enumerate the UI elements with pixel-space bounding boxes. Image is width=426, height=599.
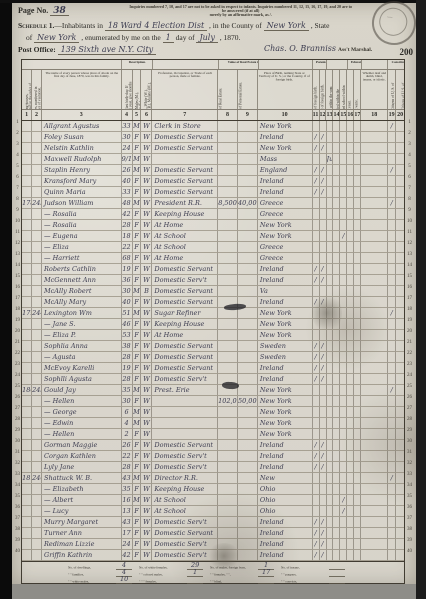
line-number-right: 15	[405, 271, 414, 282]
cell-color: W	[141, 473, 152, 484]
cell-citizen-denied-tick	[396, 275, 404, 286]
table-row: Corgan Kathlen22FWDomestic Serv'tIreland…	[22, 451, 404, 462]
cell-occupation: Keeping House	[152, 319, 218, 330]
cell-color: W	[141, 242, 152, 253]
line-number-left: 29	[14, 425, 21, 436]
cell-real-estate-value	[218, 231, 238, 242]
cell-cannot-write-tick	[354, 528, 361, 539]
line2-dayof-text: day of	[176, 33, 195, 42]
cell-birth-month	[327, 385, 334, 396]
cell-occupation: Domestic Serv't	[152, 539, 218, 550]
cell-marriage-month	[333, 506, 340, 517]
cell-father-foreign-tick: /	[313, 341, 320, 352]
column-number: 8	[218, 110, 238, 120]
cell-name: — Edwin	[42, 418, 122, 429]
cell-age: 28	[122, 220, 133, 231]
cell-mother-foreign-tick	[320, 407, 327, 418]
cell-marriage-month	[333, 385, 340, 396]
schedule-post-text: , State	[311, 21, 330, 30]
cell-citizen-tick	[388, 297, 396, 308]
line-number-right: 33	[405, 469, 414, 480]
schedule-line-1: Schedule 1.—Inhabitants in 18 Ward 4 Ele…	[18, 21, 329, 31]
cell-birthplace: Va	[258, 286, 313, 297]
cell-disabilities	[361, 550, 388, 561]
cell-mother-foreign-tick	[320, 396, 327, 407]
cell-personal-estate-value	[238, 143, 258, 154]
cell-birthplace: Ireland	[258, 462, 313, 473]
table-row: Quinn Maria33FWDomestic ServantIreland//	[22, 187, 404, 198]
line-number-right: 29	[405, 425, 414, 436]
header-occupation: Profession, Occupation, or Trade of each…	[152, 70, 218, 109]
cell-cannot-write-tick	[354, 187, 361, 198]
cell-color: W	[141, 352, 152, 363]
cell-birth-month	[327, 121, 334, 132]
header-born-month: If born within the year, state month (Ja…	[326, 70, 333, 109]
cell-birth-month	[327, 253, 334, 264]
cell-disabilities	[361, 154, 388, 165]
cell-disabilities	[361, 539, 388, 550]
cell-name: Murry Margaret	[42, 517, 122, 528]
cell-age: 35	[122, 484, 133, 495]
marshal-label: Ass't Marshal.	[338, 47, 372, 53]
line-number-left: 34	[14, 480, 21, 491]
line-number-left: 37	[14, 513, 21, 524]
cell-occupation: Director R.R.	[152, 473, 218, 484]
cell-marriage-month	[333, 550, 340, 561]
cell-cannot-read-tick	[347, 220, 354, 231]
cell-citizen-denied-tick	[396, 407, 404, 418]
cell-school-tick	[340, 220, 347, 231]
cell-family-number	[32, 517, 42, 528]
cell-birth-month	[327, 187, 334, 198]
cell-dwelling-number	[22, 154, 32, 165]
cell-cannot-read-tick	[347, 319, 354, 330]
ink-smudge	[222, 382, 239, 390]
cell-dwelling-number	[22, 121, 32, 132]
line-number-right: 7	[405, 183, 414, 194]
cell-dwelling-number	[22, 407, 32, 418]
cell-marriage-month	[333, 176, 340, 187]
line-number-right: 39	[405, 535, 414, 546]
form-header: Page No. 38 Inquiries numbered 7, 10, an…	[12, 3, 416, 57]
cell-disabilities	[361, 418, 388, 429]
cell-birthplace: Ireland	[258, 550, 313, 561]
cell-real-estate-value	[218, 418, 238, 429]
cell-citizen-denied-tick	[396, 517, 404, 528]
cell-marriage-month	[333, 242, 340, 253]
cell-school-tick	[340, 264, 347, 275]
post-office-label: Post Office:	[18, 45, 56, 54]
table-row: — Rosalia28FWAt HomeNew York	[22, 220, 404, 231]
line-number-left: 27	[14, 403, 21, 414]
cell-personal-estate-value	[238, 319, 258, 330]
instructions-line-2: merely by an affirmative mark, as /.	[128, 13, 353, 17]
cell-birthplace: New York	[258, 418, 313, 429]
cell-dwelling-number	[22, 165, 32, 176]
line-number-left: 1	[14, 117, 21, 128]
cell-personal-estate-value	[238, 264, 258, 275]
cell-cannot-write-tick	[354, 176, 361, 187]
cell-occupation: Domestic Serv't	[152, 275, 218, 286]
line-number-right: 11	[405, 227, 414, 238]
line-number-right: 19	[405, 315, 414, 326]
cell-disabilities	[361, 253, 388, 264]
cell-color: W	[141, 165, 152, 176]
cell-cannot-write-tick	[354, 154, 361, 165]
cell-marriage-month	[333, 220, 340, 231]
cell-cannot-read-tick	[347, 396, 354, 407]
cell-age: 19	[122, 264, 133, 275]
cell-school-tick: /	[340, 506, 347, 517]
cell-birthplace: New York	[258, 407, 313, 418]
cell-personal-estate-value	[238, 231, 258, 242]
cell-dwelling-number	[22, 253, 32, 264]
tally-label: " " females, " ",	[210, 573, 236, 577]
line-number-right: 36	[405, 502, 414, 513]
cell-sex: F	[133, 528, 142, 539]
cell-age: 42	[122, 209, 133, 220]
cell-sex: F	[133, 330, 142, 341]
line-number-left: 26	[14, 392, 21, 403]
cell-family-number	[32, 341, 42, 352]
cell-age: 30	[122, 396, 133, 407]
cell-birth-month	[327, 418, 334, 429]
cell-occupation: Domestic Servant	[152, 286, 218, 297]
stain	[312, 293, 342, 333]
cell-citizen-tick	[388, 528, 396, 539]
cell-citizen-denied-tick	[396, 198, 404, 209]
cell-sex: F	[133, 440, 142, 451]
cell-family-number	[32, 407, 42, 418]
cell-citizen-tick	[388, 264, 396, 275]
cell-citizen-tick: /	[388, 308, 396, 319]
cell-sex: F	[133, 187, 142, 198]
cell-citizen-tick	[388, 418, 396, 429]
cell-real-estate-value	[218, 363, 238, 374]
header-cannot-read: Cannot read.	[347, 70, 354, 109]
cell-citizen-tick	[388, 187, 396, 198]
cell-father-foreign-tick	[313, 418, 320, 429]
cell-father-foreign-tick: /	[313, 176, 320, 187]
page-number-value: 38	[50, 7, 69, 16]
cell-marriage-month	[333, 154, 340, 165]
cell-real-estate-value	[218, 330, 238, 341]
cell-mother-foreign-tick: /	[320, 341, 327, 352]
cell-real-estate-value	[218, 319, 238, 330]
cell-cannot-write-tick	[354, 165, 361, 176]
cell-birth-month	[327, 242, 334, 253]
cell-color: W	[141, 154, 152, 165]
cell-school-tick	[340, 154, 347, 165]
tally-label: No. of white females,	[139, 566, 165, 570]
cell-real-estate-value: 102,000	[218, 396, 238, 407]
cell-name: Gould Jay	[42, 385, 122, 396]
cell-father-foreign-tick: /	[313, 187, 320, 198]
cell-family-number	[32, 242, 42, 253]
table-row: McAlly Mary40FWDomestic ServantIreland//	[22, 297, 404, 308]
cell-birth-month	[327, 539, 334, 550]
cell-citizen-denied-tick	[396, 319, 404, 330]
cell-personal-estate-value	[238, 341, 258, 352]
cell-father-foreign-tick: /	[313, 517, 320, 528]
cell-occupation: Prest. Erie Railroad	[152, 385, 218, 396]
cell-cannot-read-tick	[347, 506, 354, 517]
cell-mother-foreign-tick	[320, 209, 327, 220]
cell-dwelling-number: 180	[22, 385, 32, 396]
cell-marriage-month	[333, 209, 340, 220]
cell-personal-estate-value	[238, 165, 258, 176]
table-row: — Agusta28FWDomestic ServantSweden//	[22, 352, 404, 363]
column-number-row: 1234567891011121314151617181920	[22, 110, 404, 121]
line2-year-text: , 1870.	[220, 33, 241, 42]
line-number-left: 35	[14, 491, 21, 502]
cell-cannot-read-tick	[347, 528, 354, 539]
cell-name: Allgrant Agustus	[42, 121, 122, 132]
cell-citizen-denied-tick	[396, 121, 404, 132]
header-personal-estate: Value of Personal Estate.	[238, 70, 258, 109]
cell-personal-estate-value	[238, 330, 258, 341]
cell-citizen-denied-tick	[396, 286, 404, 297]
cell-citizen-denied-tick	[396, 385, 404, 396]
table-row: McAlly Robert30MBDomestic ServantVa	[22, 286, 404, 297]
cell-name: — Hellen	[42, 396, 122, 407]
cell-personal-estate-value	[238, 220, 258, 231]
cell-dwelling-number	[22, 330, 32, 341]
cell-birth-month	[327, 264, 334, 275]
cell-marriage-month	[333, 198, 340, 209]
cell-cannot-read-tick	[347, 473, 354, 484]
cell-mother-foreign-tick	[320, 495, 327, 506]
cell-citizen-tick: /	[388, 473, 396, 484]
cell-disabilities	[361, 143, 388, 154]
day-handwritten: 1	[163, 34, 174, 43]
cell-father-foreign-tick: /	[313, 165, 320, 176]
cell-real-estate-value	[218, 209, 238, 220]
cell-school-tick	[340, 297, 347, 308]
cell-birth-month	[327, 517, 334, 528]
header-family: Families, numbered in the order of visit…	[32, 70, 42, 109]
line-number-right: 4	[405, 150, 414, 161]
cell-name: Turner Ann	[42, 528, 122, 539]
cell-citizen-denied-tick	[396, 418, 404, 429]
schedule-pre-text: —Inhabitants in	[54, 21, 103, 30]
cell-father-foreign-tick: /	[313, 462, 320, 473]
cell-father-foreign-tick	[313, 473, 320, 484]
cell-father-foreign-tick	[313, 253, 320, 264]
table-box: Description. Value of Real Estate Owned.…	[21, 59, 405, 584]
cell-dwelling-number: 179	[22, 308, 32, 319]
table-row: — Jane S.46FWKeeping HouseNew York	[22, 319, 404, 330]
line-number-right: 40	[405, 546, 414, 557]
cell-father-foreign-tick: /	[313, 363, 320, 374]
cell-family-number	[32, 418, 42, 429]
cell-occupation: Domestic Serv't	[152, 374, 218, 385]
cell-occupation: Domestic Servant	[152, 187, 218, 198]
group-value-owned: Value of Real Estate Owned.	[219, 60, 259, 69]
cell-citizen-denied-tick	[396, 132, 404, 143]
cell-real-estate-value	[218, 484, 238, 495]
cell-citizen-tick	[388, 352, 396, 363]
line-number-right: 8	[405, 194, 414, 205]
scan-edge-left	[0, 0, 12, 599]
cell-citizen-tick	[388, 275, 396, 286]
cell-citizen-tick: /	[388, 165, 396, 176]
cell-father-foreign-tick: /	[313, 143, 320, 154]
cell-birth-month	[327, 550, 334, 561]
cell-real-estate-value	[218, 473, 238, 484]
cell-name: — Harriett	[42, 253, 122, 264]
cell-marriage-month	[333, 187, 340, 198]
cell-personal-estate-value	[238, 385, 258, 396]
cell-name: — Agusta	[42, 352, 122, 363]
line-number-left: 16	[14, 282, 21, 293]
header-married-month: If married within the year, state month …	[333, 70, 340, 109]
tally-value	[258, 583, 274, 584]
cell-color: W	[141, 528, 152, 539]
cell-cannot-write-tick	[354, 253, 361, 264]
cell-name: — Rosalia	[42, 220, 122, 231]
cell-age: 33	[122, 121, 133, 132]
table-row: — Eugena18FWAt SchoolNew York/	[22, 231, 404, 242]
tally-label: " " families,	[68, 573, 94, 577]
cell-family-number	[32, 220, 42, 231]
cell-name: Roberts Cathlin	[42, 264, 122, 275]
cell-disabilities	[361, 484, 388, 495]
cell-color: W	[141, 220, 152, 231]
cell-citizen-denied-tick	[396, 264, 404, 275]
cell-color: W	[141, 550, 152, 561]
cell-birth-month	[327, 495, 334, 506]
line-number-left: 12	[14, 238, 21, 249]
cell-birthplace: New York	[258, 121, 313, 132]
cell-real-estate-value	[218, 451, 238, 462]
page-number-label: Page No.	[18, 6, 48, 15]
cell-sex: M	[133, 473, 142, 484]
cell-marriage-month	[333, 462, 340, 473]
cell-birthplace: Greece	[258, 242, 313, 253]
cell-occupation: Domestic Servant	[152, 528, 218, 539]
cell-occupation: President R.R.	[152, 198, 218, 209]
cell-dwelling-number	[22, 231, 32, 242]
cell-occupation: Domestic Servant	[152, 264, 218, 275]
cell-personal-estate-value	[238, 517, 258, 528]
cell-family-number	[32, 275, 42, 286]
cell-birth-month	[327, 275, 334, 286]
cell-citizen-tick	[388, 330, 396, 341]
column-number: 9	[238, 110, 258, 120]
cell-school-tick	[340, 341, 347, 352]
tally-label: " " colored males,	[139, 573, 165, 577]
cell-citizen-denied-tick	[396, 154, 404, 165]
cell-cannot-read-tick	[347, 385, 354, 396]
cell-mother-foreign-tick	[320, 220, 327, 231]
cell-school-tick	[340, 209, 347, 220]
cell-real-estate-value	[218, 275, 238, 286]
tally-label: " " " females,	[139, 580, 165, 584]
line-number-right: 12	[405, 238, 414, 249]
cell-citizen-denied-tick	[396, 550, 404, 561]
column-number: 18	[361, 110, 388, 120]
cell-marriage-month	[333, 429, 340, 440]
cell-real-estate-value	[218, 132, 238, 143]
cell-school-tick	[340, 187, 347, 198]
marshal-signature: Chas. O. Branniss Ass't Marshal.	[264, 44, 372, 53]
line-numbers-right: 1234567891011121314151617181920212223242…	[405, 59, 414, 584]
cell-birth-month	[327, 165, 334, 176]
cell-occupation	[152, 429, 218, 440]
cell-cannot-read-tick	[347, 440, 354, 451]
cell-father-foreign-tick	[313, 495, 320, 506]
cell-sex: M	[133, 418, 142, 429]
cell-birthplace: Mass	[258, 154, 313, 165]
tally-line: " " convicts,	[281, 577, 345, 584]
cell-sex: F	[133, 462, 142, 473]
cell-birth-month: Jun	[327, 154, 334, 165]
cell-disabilities	[361, 363, 388, 374]
cell-father-foreign-tick: /	[313, 275, 320, 286]
tally-label: No. of dwellings,	[68, 566, 94, 570]
cell-age: 4	[122, 418, 133, 429]
cell-cannot-write-tick	[354, 121, 361, 132]
cell-citizen-denied-tick	[396, 363, 404, 374]
cell-real-estate-value	[218, 440, 238, 451]
cell-disabilities	[361, 275, 388, 286]
cell-disabilities	[361, 396, 388, 407]
header-birthplace: Place of Birth, naming State or Territor…	[258, 70, 313, 109]
cell-birth-month	[327, 341, 334, 352]
cell-sex: F	[133, 539, 142, 550]
cell-cannot-read-tick	[347, 253, 354, 264]
line-number-right: 10	[405, 216, 414, 227]
cell-cannot-read-tick	[347, 374, 354, 385]
cell-dwelling-number	[22, 209, 32, 220]
cell-sex: F	[133, 209, 142, 220]
table-row: Foley Susan30FWDomestic ServantIreland//	[22, 132, 404, 143]
cell-cannot-read-tick	[347, 264, 354, 275]
cell-disabilities	[361, 385, 388, 396]
line-number-left: 5	[14, 161, 21, 172]
column-number: 16	[347, 110, 354, 120]
cell-mother-foreign-tick: /	[320, 462, 327, 473]
cell-family-number	[32, 396, 42, 407]
cell-birth-month	[327, 440, 334, 451]
cell-sex: F	[133, 506, 142, 517]
header-male-citizen-denied: Male Citizens of U. S. of 21 years of ag…	[396, 70, 404, 109]
cell-personal-estate-value	[238, 187, 258, 198]
cell-cannot-write-tick	[354, 385, 361, 396]
cell-dwelling-number	[22, 132, 32, 143]
table-row: Kransford Mary40FWDomestic ServantIrelan…	[22, 176, 404, 187]
cell-occupation: Keeping House	[152, 484, 218, 495]
line-number-right: 37	[405, 513, 414, 524]
tally-value	[329, 576, 345, 577]
cell-dwelling-number	[22, 528, 32, 539]
cell-personal-estate-value	[238, 528, 258, 539]
cell-dwelling-number	[22, 275, 32, 286]
cell-personal-estate-value	[238, 429, 258, 440]
cell-citizen-denied-tick	[396, 242, 404, 253]
tally-label: " " blind,	[210, 580, 236, 584]
cell-cannot-write-tick	[354, 220, 361, 231]
cell-name: McGennett Ann	[42, 275, 122, 286]
cell-mother-foreign-tick	[320, 253, 327, 264]
cell-color: W	[141, 506, 152, 517]
line2-pre-text: of	[26, 33, 32, 42]
line-number-left: 20	[14, 326, 21, 337]
cell-age: 28	[122, 374, 133, 385]
tally-line: No. of insane,	[281, 563, 345, 570]
group-description: Description.	[122, 60, 153, 69]
